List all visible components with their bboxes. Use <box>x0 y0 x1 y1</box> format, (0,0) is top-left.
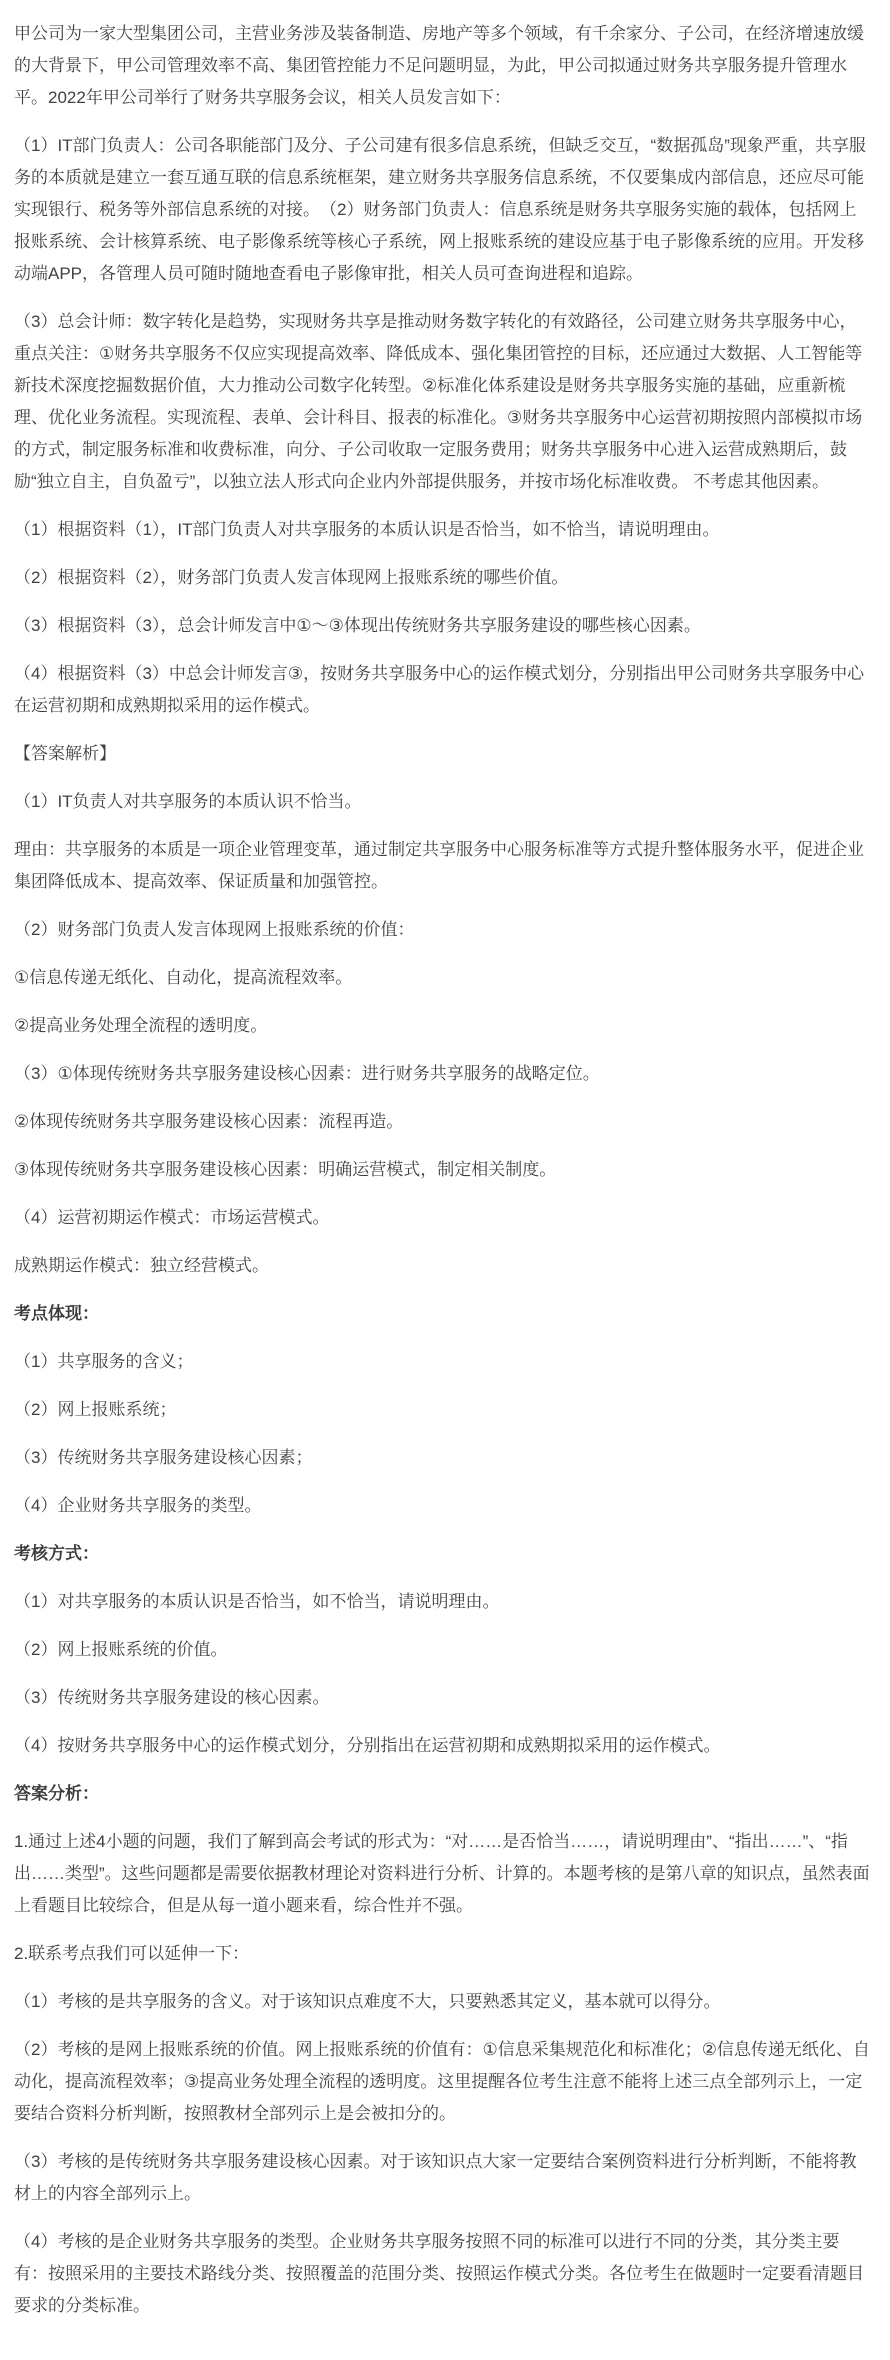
key-point-3: （3）传统财务共享服务建设核心因素； <box>14 1442 872 1474</box>
answer-1-reason: 理由：共享服务的本质是一项企业管理变革，通过制定共享服务中心服务标准等方式提升整… <box>14 834 872 898</box>
answer-3-point-3: ③体现传统财务共享服务建设核心因素：明确运营模式，制定相关制度。 <box>14 1154 872 1186</box>
assessment-method-2: （2）网上报账系统的价值。 <box>14 1634 872 1666</box>
analysis-extension-2: （2）考核的是网上报账系统的价值。网上报账系统的价值有：①信息采集规范化和标准化… <box>14 2034 872 2130</box>
answer-3-point-2: ②体现传统财务共享服务建设核心因素：流程再造。 <box>14 1106 872 1138</box>
assessment-method-1: （1）对共享服务的本质认识是否恰当，如不恰当，请说明理由。 <box>14 1586 872 1618</box>
question-2: （2）根据资料（2），财务部门负责人发言体现网上报账系统的哪些价值。 <box>14 562 872 594</box>
key-points-heading: 考点体现： <box>14 1298 872 1330</box>
answer-discussion-heading: 答案分析： <box>14 1778 872 1810</box>
exam-document: 甲公司为一家大型集团公司，主营业务涉及装备制造、房地产等多个领域，有千余家分、子… <box>0 0 890 2360</box>
answer-analysis-heading: 【答案解析】 <box>14 738 872 770</box>
answer-2-point-2: ②提高业务处理全流程的透明度。 <box>14 1010 872 1042</box>
question-4: （4）根据资料（3）中总会计师发言③，按财务共享服务中心的运作模式划分，分别指出… <box>14 658 872 722</box>
question-3: （3）根据资料（3），总会计师发言中①～③体现出传统财务共享服务建设的哪些核心因… <box>14 610 872 642</box>
key-point-4: （4）企业财务共享服务的类型。 <box>14 1490 872 1522</box>
analysis-point-1: 1.通过上述4小题的问题，我们了解到高会考试的形式为：“对……是否恰当……，请说… <box>14 1826 872 1922</box>
analysis-extension-1: （1）考核的是共享服务的含义。对于该知识点难度不大，只要熟悉其定义，基本就可以得… <box>14 1986 872 2018</box>
material-3-paragraph: （3）总会计师：数字转化是趋势，实现财务共享是推动财务数字转化的有效路径，公司建… <box>14 306 872 498</box>
material-1-2-paragraph: （1）IT部门负责人：公司各职能部门及分、子公司建有很多信息系统，但缺乏交互，“… <box>14 130 872 290</box>
key-point-2: （2）网上报账系统； <box>14 1394 872 1426</box>
answer-4-mature-mode: 成熟期运作模式：独立经营模式。 <box>14 1250 872 1282</box>
assessment-method-3: （3）传统财务共享服务建设的核心因素。 <box>14 1682 872 1714</box>
key-point-1: （1）共享服务的含义； <box>14 1346 872 1378</box>
assessment-method-4: （4）按财务共享服务中心的运作模式划分，分别指出在运营初期和成熟期拟采用的运作模… <box>14 1730 872 1762</box>
answer-2-intro: （2）财务部门负责人发言体现网上报账系统的价值： <box>14 914 872 946</box>
analysis-point-2: 2.联系考点我们可以延伸一下： <box>14 1938 872 1970</box>
answer-1: （1）IT负责人对共享服务的本质认识不恰当。 <box>14 786 872 818</box>
analysis-extension-4: （4）考核的是企业财务共享服务的类型。企业财务共享服务按照不同的标准可以进行不同… <box>14 2226 872 2322</box>
answer-4-initial-mode: （4）运营初期运作模式：市场运营模式。 <box>14 1202 872 1234</box>
assessment-method-heading: 考核方式： <box>14 1538 872 1570</box>
case-background-paragraph: 甲公司为一家大型集团公司，主营业务涉及装备制造、房地产等多个领域，有千余家分、子… <box>14 18 872 114</box>
analysis-extension-3: （3）考核的是传统财务共享服务建设核心因素。对于该知识点大家一定要结合案例资料进… <box>14 2146 872 2210</box>
answer-3-point-1: （3）①体现传统财务共享服务建设核心因素：进行财务共享服务的战略定位。 <box>14 1058 872 1090</box>
answer-2-point-1: ①信息传递无纸化、自动化，提高流程效率。 <box>14 962 872 994</box>
question-1: （1）根据资料（1），IT部门负责人对共享服务的本质认识是否恰当，如不恰当，请说… <box>14 514 872 546</box>
